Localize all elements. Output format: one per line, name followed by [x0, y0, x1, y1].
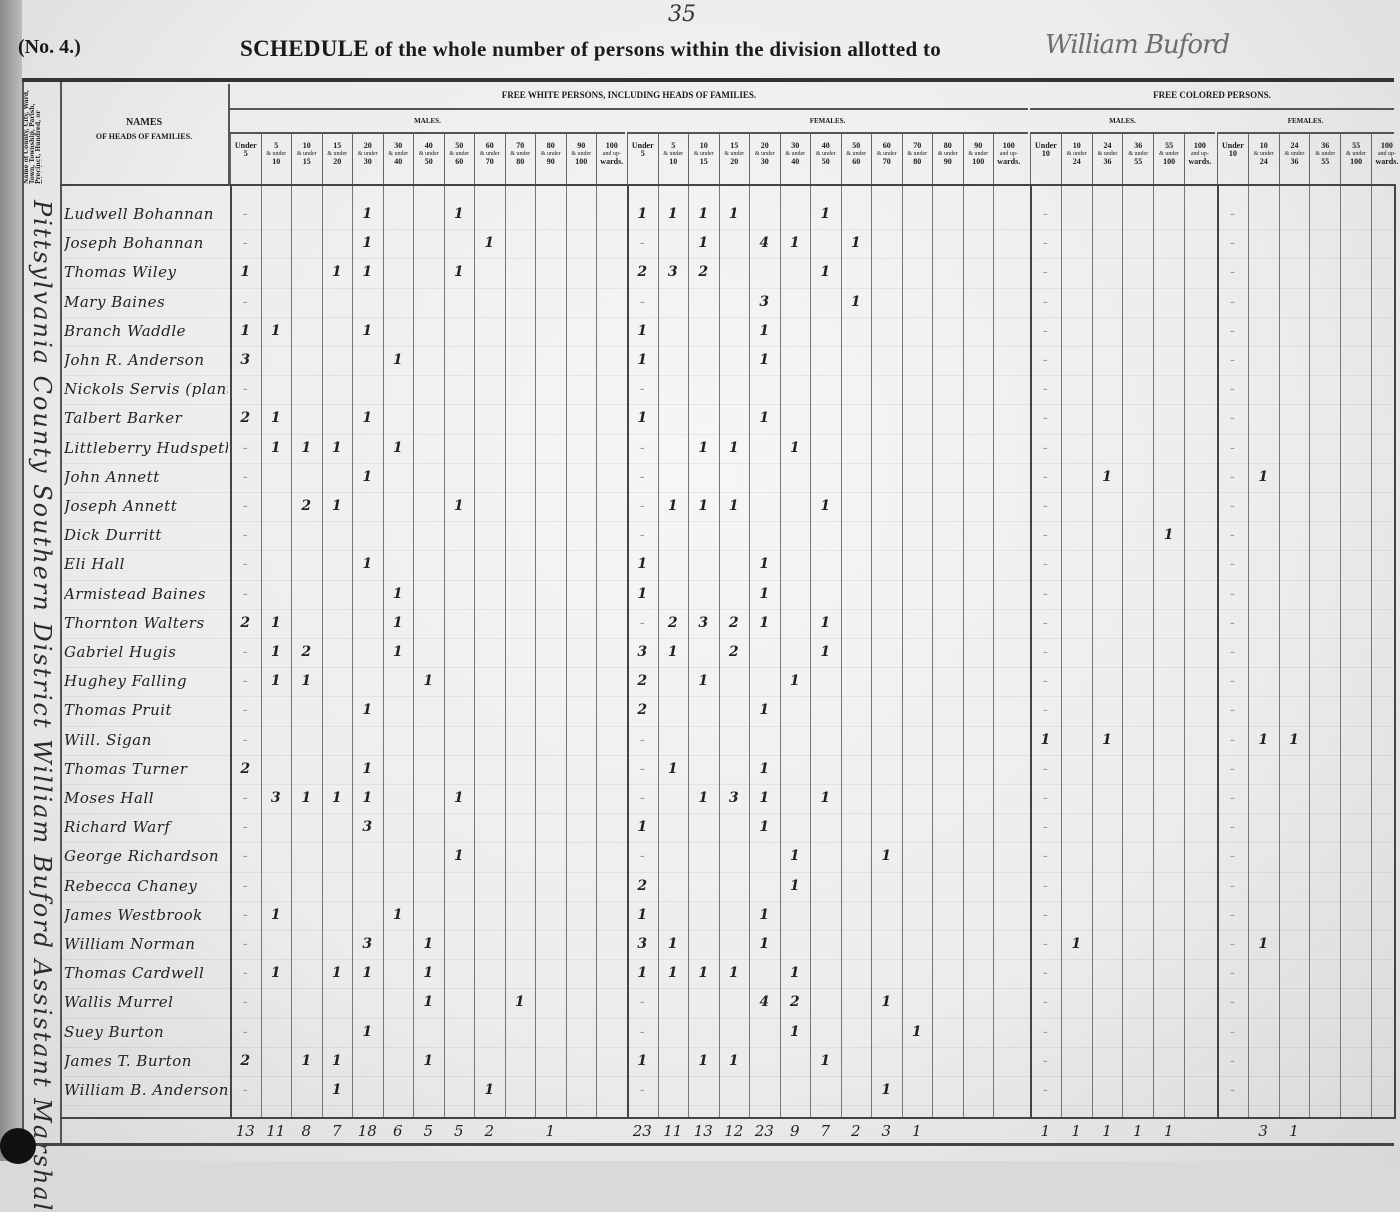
count-cell: -: [1217, 813, 1248, 841]
total-cell: 5: [444, 1120, 475, 1142]
column-rule: [1184, 184, 1185, 1119]
white-females-header: FEMALES.: [627, 110, 1028, 134]
count-cell: 1: [719, 959, 750, 987]
column-rule: [993, 184, 994, 1119]
age-label-bot: 40: [781, 158, 811, 166]
count-cell: 1: [627, 200, 658, 228]
age-column-header-wm-2: 10& under15: [291, 134, 322, 184]
age-label-bot: 15: [292, 158, 322, 166]
colored-males-header: MALES.: [1030, 110, 1215, 134]
total-cell: 11: [658, 1120, 689, 1142]
count-cell: -: [230, 813, 261, 841]
count-cell: 1: [261, 434, 292, 462]
count-cell: 1: [780, 434, 811, 462]
age-label-bot: 30: [750, 158, 780, 166]
count-cell: 1: [291, 1047, 322, 1075]
age-label-bot: 20: [323, 158, 353, 166]
column-rule: [841, 184, 842, 1119]
count-cell: -: [1030, 580, 1061, 608]
count-cell: -: [1030, 959, 1061, 987]
count-cell: 3: [230, 346, 261, 374]
count-cell: 1: [383, 609, 414, 637]
count-cell: -: [627, 463, 658, 491]
age-column-header-cf-3: 36& under55: [1309, 134, 1340, 184]
count-cell: -: [1217, 755, 1248, 783]
count-cell: 1: [810, 258, 841, 286]
count-cell: 1: [841, 229, 872, 257]
age-label-top: 60: [475, 142, 505, 150]
count-cell: 3: [261, 784, 292, 812]
count-cell: -: [1030, 988, 1061, 1016]
names-column-header: NAMES OF HEADS OF FAMILIES.: [60, 84, 230, 184]
age-label-top: 10: [292, 142, 322, 150]
count-cell: 4: [749, 229, 780, 257]
head-of-family-name: William Norman: [64, 930, 228, 958]
count-cell: -: [1217, 200, 1248, 228]
count-cell: 2: [627, 667, 658, 695]
age-label-top: 70: [506, 142, 536, 150]
row-guide: [60, 1105, 1394, 1106]
count-cell: -: [1030, 784, 1061, 812]
column-rule: [932, 184, 933, 1119]
column-rule: [535, 184, 536, 1119]
count-cell: 1: [1279, 726, 1310, 754]
age-label-top: 100: [1185, 142, 1215, 150]
count-cell: 1: [383, 434, 414, 462]
count-cell: 1: [352, 784, 383, 812]
count-cell: -: [1217, 463, 1248, 491]
count-cell: -: [1217, 930, 1248, 958]
count-cell: 1: [719, 1047, 750, 1075]
age-column-header-wm-5: 30& under40: [383, 134, 414, 184]
free-white-group-header: FREE WHITE PERSONS, INCLUDING HEADS OF F…: [230, 84, 1028, 110]
count-cell: 1: [780, 229, 811, 257]
column-rule: [1394, 184, 1396, 1119]
age-column-header-wm-7: 50& under60: [444, 134, 475, 184]
age-label-bot: 90: [933, 158, 963, 166]
count-cell: -: [627, 755, 658, 783]
count-cell: 1: [627, 901, 658, 929]
age-column-header-wm-8: 60& under70: [474, 134, 505, 184]
count-cell: -: [627, 1018, 658, 1046]
count-cell: -: [1030, 492, 1061, 520]
column-rule: [1279, 184, 1280, 1119]
count-cell: 1: [780, 667, 811, 695]
age-label-top: 40: [811, 142, 841, 150]
age-label-top: 100: [1372, 142, 1400, 150]
count-cell: -: [1030, 696, 1061, 724]
head-of-family-name: Nickols Servis (plantation): [64, 375, 228, 403]
count-cell: -: [1217, 1076, 1248, 1104]
age-label-top: 55: [1154, 142, 1184, 150]
age-label-top: 15: [720, 142, 750, 150]
age-column-header-wm-0: Under5: [230, 134, 261, 184]
count-cell: 2: [230, 609, 261, 637]
head-of-family-name: Joseph Bohannan: [64, 229, 228, 257]
age-column-header-wf-0: Under5: [627, 134, 658, 184]
count-cell: 2: [230, 755, 261, 783]
total-cell: 7: [810, 1120, 841, 1142]
column-rule: [444, 184, 445, 1119]
count-cell: 1: [749, 550, 780, 578]
colored-females-header: FEMALES.: [1217, 110, 1394, 134]
count-cell: 1: [322, 258, 353, 286]
age-label-top: 30: [384, 142, 414, 150]
age-column-header-wf-4: 20& under30: [749, 134, 780, 184]
total-cell: 23: [749, 1120, 780, 1142]
age-column-header-cm-3: 36& under55: [1122, 134, 1153, 184]
head-of-family-name: Branch Waddle: [64, 317, 228, 345]
count-cell: 2: [719, 638, 750, 666]
age-label-top: 60: [872, 142, 902, 150]
count-cell: -: [230, 463, 261, 491]
count-cell: -: [627, 521, 658, 549]
count-cell: 1: [261, 959, 292, 987]
count-cell: -: [1030, 842, 1061, 870]
age-column-header-wf-8: 60& under70: [871, 134, 902, 184]
count-cell: 2: [291, 492, 322, 520]
age-label-bot: wards.: [994, 158, 1024, 166]
count-cell: 1: [688, 434, 719, 462]
count-cell: 1: [413, 667, 444, 695]
count-cell: -: [1217, 229, 1248, 257]
count-cell: 1: [383, 346, 414, 374]
count-cell: 2: [230, 404, 261, 432]
count-cell: 1: [1248, 463, 1279, 491]
age-label-top: 5: [659, 142, 689, 150]
head-of-family-name: Dick Durritt: [64, 521, 228, 549]
count-cell: 1: [871, 1076, 902, 1104]
head-of-family-name: Gabriel Hugis: [64, 638, 228, 666]
count-cell: 1: [749, 784, 780, 812]
age-column-header-wm-11: 90& under100: [566, 134, 597, 184]
count-cell: 1: [749, 813, 780, 841]
title-rest: of the whole number of persons within th…: [375, 37, 942, 61]
count-cell: 1: [719, 492, 750, 520]
age-label-top: 50: [842, 142, 872, 150]
count-cell: -: [230, 375, 261, 403]
count-cell: 1: [505, 988, 536, 1016]
count-cell: 1: [902, 1018, 933, 1046]
count-cell: -: [1217, 959, 1248, 987]
total-cell: 1: [1122, 1120, 1153, 1142]
head-of-family-name: Suey Burton: [64, 1018, 228, 1046]
count-cell: -: [230, 842, 261, 870]
age-label-bot: 60: [445, 158, 475, 166]
age-label-bot: 20: [720, 158, 750, 166]
age-label-bot: 90: [536, 158, 566, 166]
count-cell: 2: [658, 609, 689, 637]
count-cell: -: [1030, 667, 1061, 695]
count-cell: 1: [749, 755, 780, 783]
count-cell: -: [1030, 317, 1061, 345]
age-label-top: 40: [414, 142, 444, 150]
count-cell: 1: [352, 317, 383, 345]
head-of-family-name: Thomas Pruit: [64, 696, 228, 724]
age-column-header-wf-1: 5& under10: [658, 134, 689, 184]
count-cell: 1: [322, 434, 353, 462]
head-of-family-name: George Richardson: [64, 842, 228, 870]
age-label-top: 70: [903, 142, 933, 150]
count-cell: 1: [749, 609, 780, 637]
count-cell: -: [1030, 813, 1061, 841]
count-cell: -: [1217, 638, 1248, 666]
age-label-bot: 30: [353, 158, 383, 166]
count-cell: -: [1030, 755, 1061, 783]
count-cell: 1: [322, 1047, 353, 1075]
count-cell: -: [1030, 288, 1061, 316]
count-cell: 1: [688, 229, 719, 257]
count-cell: 1: [780, 842, 811, 870]
age-label-top: 20: [353, 142, 383, 150]
age-label-top: 100: [597, 142, 627, 150]
age-label-bot: 5: [231, 150, 261, 158]
age-label-bot: 24: [1062, 158, 1092, 166]
age-label-bot: 70: [872, 158, 902, 166]
count-cell: -: [1217, 521, 1248, 549]
count-cell: -: [1217, 901, 1248, 929]
age-column-header-cm-2: 24& under36: [1092, 134, 1123, 184]
count-cell: 2: [719, 609, 750, 637]
age-column-header-wf-9: 70& under80: [902, 134, 933, 184]
age-label-bot: 100: [1154, 158, 1184, 166]
column-rule: [902, 184, 903, 1119]
count-cell: -: [1217, 434, 1248, 462]
column-rule: [566, 184, 567, 1119]
count-cell: 1: [749, 696, 780, 724]
count-cell: 1: [1153, 521, 1184, 549]
age-label-top: 90: [964, 142, 994, 150]
count-cell: -: [230, 521, 261, 549]
age-column-header-wf-5: 30& under40: [780, 134, 811, 184]
count-cell: 1: [352, 755, 383, 783]
age-label-top: 36: [1123, 142, 1153, 150]
column-rule: [505, 184, 506, 1119]
count-cell: 1: [413, 959, 444, 987]
count-cell: 1: [658, 638, 689, 666]
count-cell: 1: [658, 200, 689, 228]
count-cell: 3: [352, 930, 383, 958]
age-label-top: 90: [567, 142, 597, 150]
white-males-header: MALES.: [230, 110, 625, 134]
count-cell: -: [1030, 346, 1061, 374]
age-column-header-wm-9: 70& under80: [505, 134, 536, 184]
age-label-bot: 36: [1280, 158, 1310, 166]
age-column-header-wf-10: 80& under90: [932, 134, 963, 184]
title-prefix: SCHEDULE: [240, 36, 369, 61]
column-rule: [1340, 184, 1341, 1119]
binding-edge: [0, 0, 22, 1161]
age-label-bot: wards.: [1185, 158, 1215, 166]
free-colored-group-header: FREE COLORED PERSONS.: [1030, 84, 1394, 110]
count-cell: -: [1217, 609, 1248, 637]
age-label-top: 5: [262, 142, 292, 150]
count-cell: -: [1030, 258, 1061, 286]
count-cell: -: [1217, 784, 1248, 812]
count-cell: 1: [688, 959, 719, 987]
age-label-bot: 60: [842, 158, 872, 166]
count-cell: -: [1217, 726, 1248, 754]
count-cell: -: [1030, 200, 1061, 228]
count-cell: 1: [627, 317, 658, 345]
age-label-bot: 10: [262, 158, 292, 166]
count-cell: -: [1030, 229, 1061, 257]
count-cell: -: [230, 930, 261, 958]
head-of-family-name: Hughey Falling: [64, 667, 228, 695]
count-cell: 1: [352, 200, 383, 228]
age-label-top: 20: [750, 142, 780, 150]
census-page: 35 (No. 4.) SCHEDULE of the whole number…: [0, 0, 1400, 1161]
count-cell: -: [1030, 463, 1061, 491]
age-label-top: 24: [1280, 142, 1310, 150]
count-cell: -: [230, 872, 261, 900]
count-cell: 1: [780, 872, 811, 900]
total-cell: 18: [352, 1120, 383, 1142]
age-column-header-cf-5: 100and up-wards.: [1371, 134, 1400, 184]
total-cell: 11: [261, 1120, 292, 1142]
count-cell: 1: [352, 959, 383, 987]
names-header-line1: NAMES: [60, 117, 228, 128]
count-cell: 1: [413, 1047, 444, 1075]
total-cell: 1: [1061, 1120, 1092, 1142]
column-rule: [1092, 184, 1093, 1119]
count-cell: -: [1217, 1047, 1248, 1075]
column-rule: [474, 184, 475, 1119]
total-cell: 6: [383, 1120, 414, 1142]
names-header-line2: OF HEADS OF FAMILIES.: [60, 132, 228, 141]
column-rule: [1248, 184, 1249, 1119]
count-cell: -: [230, 988, 261, 1016]
count-cell: 1: [444, 258, 475, 286]
count-cell: 1: [413, 930, 444, 958]
count-cell: 1: [688, 492, 719, 520]
count-cell: 1: [1030, 726, 1061, 754]
head-of-family-name: Thomas Wiley: [64, 258, 228, 286]
count-cell: 1: [627, 580, 658, 608]
total-cell: 1: [1092, 1120, 1123, 1142]
age-label-bot: 80: [506, 158, 536, 166]
age-label-bot: 24: [1249, 158, 1279, 166]
count-cell: 1: [1061, 930, 1092, 958]
head-of-family-name: Will. Sigan: [64, 726, 228, 754]
count-cell: 1: [474, 1076, 505, 1104]
age-label-bot: 50: [414, 158, 444, 166]
count-cell: 1: [810, 609, 841, 637]
header-divider: [60, 184, 1394, 186]
age-column-header-cf-2: 24& under36: [1279, 134, 1310, 184]
count-cell: 1: [261, 667, 292, 695]
age-column-header-cm-0: Under10: [1030, 134, 1061, 184]
count-cell: -: [230, 200, 261, 228]
count-cell: -: [627, 842, 658, 870]
head-of-family-name: William B. Anderson: [64, 1076, 228, 1104]
count-cell: 1: [230, 258, 261, 286]
head-of-family-name: Rebecca Chaney: [64, 872, 228, 900]
count-cell: 3: [658, 258, 689, 286]
count-cell: -: [1217, 872, 1248, 900]
count-cell: 3: [749, 288, 780, 316]
age-label-top: 50: [445, 142, 475, 150]
count-cell: 1: [413, 988, 444, 1016]
district-column-header: Name of County, City, Ward, Town, Townsh…: [24, 84, 42, 184]
count-cell: -: [627, 726, 658, 754]
count-cell: 1: [474, 229, 505, 257]
count-cell: 1: [780, 1018, 811, 1046]
count-cell: -: [1030, 872, 1061, 900]
total-cell: 12: [719, 1120, 750, 1142]
total-cell: 1: [1030, 1120, 1061, 1142]
page-title: SCHEDULE of the whole number of persons …: [240, 36, 941, 62]
head-of-family-name: Littleberry Hudspeth: [64, 434, 228, 462]
head-of-family-name: Richard Warf: [64, 813, 228, 841]
count-cell: -: [1217, 404, 1248, 432]
count-cell: 1: [1092, 726, 1123, 754]
column-rule: [1309, 184, 1310, 1119]
total-cell: 9: [780, 1120, 811, 1142]
age-label-bot: wards.: [1372, 158, 1400, 166]
count-cell: -: [1217, 346, 1248, 374]
count-cell: -: [1217, 258, 1248, 286]
total-cell: 2: [474, 1120, 505, 1142]
count-cell: 1: [1248, 930, 1279, 958]
count-cell: 1: [261, 317, 292, 345]
ink-blot: [0, 1128, 36, 1161]
count-cell: 1: [810, 492, 841, 520]
age-column-header-wf-2: 10& under15: [688, 134, 719, 184]
count-cell: 1: [627, 1047, 658, 1075]
count-cell: 1: [841, 288, 872, 316]
age-column-header-wf-3: 15& under20: [719, 134, 750, 184]
count-cell: 1: [688, 667, 719, 695]
count-cell: -: [1217, 580, 1248, 608]
total-cell: 13: [688, 1120, 719, 1142]
age-column-header-wm-12: 100and up-wards.: [596, 134, 627, 184]
count-cell: 1: [291, 667, 322, 695]
age-label-bot: 50: [811, 158, 841, 166]
count-cell: 1: [688, 1047, 719, 1075]
head-of-family-name: James Westbrook: [64, 901, 228, 929]
age-label-bot: 55: [1123, 158, 1153, 166]
age-label-bot: 100: [567, 158, 597, 166]
count-cell: -: [230, 784, 261, 812]
schedule-number: (No. 4.): [18, 36, 81, 59]
count-cell: 1: [749, 930, 780, 958]
count-cell: 1: [871, 988, 902, 1016]
count-cell: -: [1030, 375, 1061, 403]
page-number: 35: [668, 2, 696, 27]
column-rule: [1371, 184, 1372, 1119]
count-cell: -: [1217, 1018, 1248, 1046]
column-rule: [1122, 184, 1123, 1119]
age-column-header-wf-12: 100and up-wards.: [993, 134, 1024, 184]
count-cell: 3: [688, 609, 719, 637]
count-cell: 1: [627, 404, 658, 432]
district-annotation: Pittsylvania County Southern District Wi…: [26, 200, 56, 1080]
count-cell: 3: [627, 930, 658, 958]
total-cell: 13: [230, 1120, 261, 1142]
count-cell: -: [1030, 901, 1061, 929]
count-cell: 4: [749, 988, 780, 1016]
age-label-top: 55: [1341, 142, 1371, 150]
age-label-bot: 15: [689, 158, 719, 166]
marshal-signature: William Buford: [1045, 30, 1229, 60]
count-cell: 1: [719, 434, 750, 462]
count-cell: -: [230, 434, 261, 462]
head-of-family-name: Mary Baines: [64, 288, 228, 316]
count-cell: 1: [444, 200, 475, 228]
head-of-family-name: Wallis Murrel: [64, 988, 228, 1016]
count-cell: 1: [780, 959, 811, 987]
